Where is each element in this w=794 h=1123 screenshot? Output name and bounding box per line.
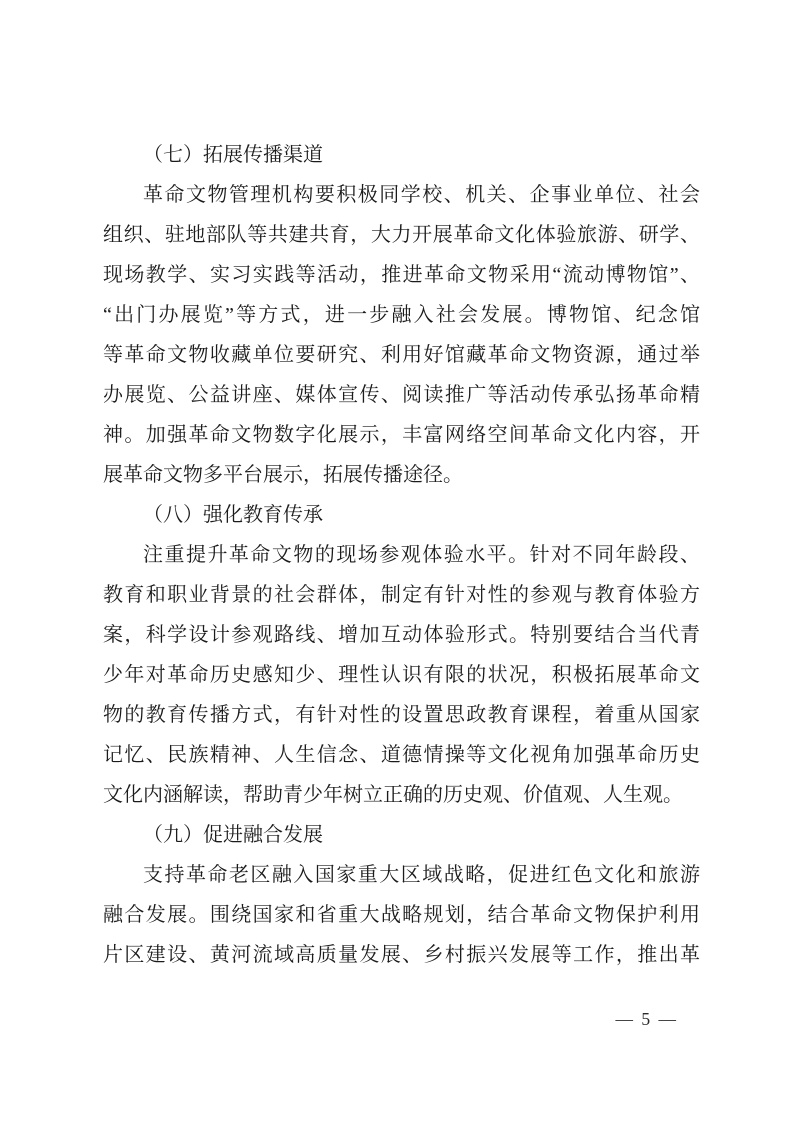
section-7: （七）拓展传播渠道 革命文物管理机构要积极同学校、机关、企事业单位、社会 组织、… bbox=[103, 135, 700, 495]
text-line: 等革命文物收藏单位要研究、利用好馆藏革命文物资源，通过举 bbox=[103, 335, 700, 375]
section-9-heading: （九）促进融合发展 bbox=[103, 815, 700, 855]
text-line: 展革命文物多平台展示，拓展传播途径。 bbox=[103, 455, 700, 495]
page-number: — 5 — bbox=[616, 1004, 679, 1034]
text-line: 文化内涵解读，帮助青少年树立正确的历史观、价值观、人生观。 bbox=[103, 775, 700, 815]
text-line: 教育和职业背景的社会群体，制定有针对性的参观与教育体验方 bbox=[103, 575, 700, 615]
text-line: 支持革命老区融入国家重大区域战略，促进红色文化和旅游 bbox=[103, 855, 700, 895]
section-7-heading: （七）拓展传播渠道 bbox=[103, 135, 700, 175]
text-line: 现场教学、实习实践等活动，推进革命文物采用“流动博物馆”、 bbox=[103, 255, 700, 295]
text-line: 革命文物管理机构要积极同学校、机关、企事业单位、社会 bbox=[103, 175, 700, 215]
text-line: 办展览、公益讲座、媒体宣传、阅读推广等活动传承弘扬革命精 bbox=[103, 375, 700, 415]
text-line: 记忆、民族精神、人生信念、道德情操等文化视角加强革命历史 bbox=[103, 735, 700, 775]
document-page: （七）拓展传播渠道 革命文物管理机构要积极同学校、机关、企事业单位、社会 组织、… bbox=[0, 0, 794, 1123]
text-line: 片区建设、黄河流域高质量发展、乡村振兴发展等工作，推出革 bbox=[103, 935, 700, 975]
text-line: 神。加强革命文物数字化展示，丰富网络空间革命文化内容，开 bbox=[103, 415, 700, 455]
text-line: 组织、驻地部队等共建共育，大力开展革命文化体验旅游、研学、 bbox=[103, 215, 700, 255]
text-line: 物的教育传播方式，有针对性的设置思政教育课程，着重从国家 bbox=[103, 695, 700, 735]
section-8: （八）强化教育传承 注重提升革命文物的现场参观体验水平。针对不同年龄段、 教育和… bbox=[103, 495, 700, 815]
text-line: 案，科学设计参观路线、增加互动体验形式。特别要结合当代青 bbox=[103, 615, 700, 655]
text-line: 少年对革命历史感知少、理性认识有限的状况，积极拓展革命文 bbox=[103, 655, 700, 695]
text-line: “出门办展览”等方式，进一步融入社会发展。博物馆、纪念馆 bbox=[103, 295, 700, 335]
document-body: （七）拓展传播渠道 革命文物管理机构要积极同学校、机关、企事业单位、社会 组织、… bbox=[103, 135, 700, 975]
section-8-heading: （八）强化教育传承 bbox=[103, 495, 700, 535]
text-line: 融合发展。围绕国家和省重大战略规划，结合革命文物保护利用 bbox=[103, 895, 700, 935]
text-line: 注重提升革命文物的现场参观体验水平。针对不同年龄段、 bbox=[103, 535, 700, 575]
section-9: （九）促进融合发展 支持革命老区融入国家重大区域战略，促进红色文化和旅游 融合发… bbox=[103, 815, 700, 975]
